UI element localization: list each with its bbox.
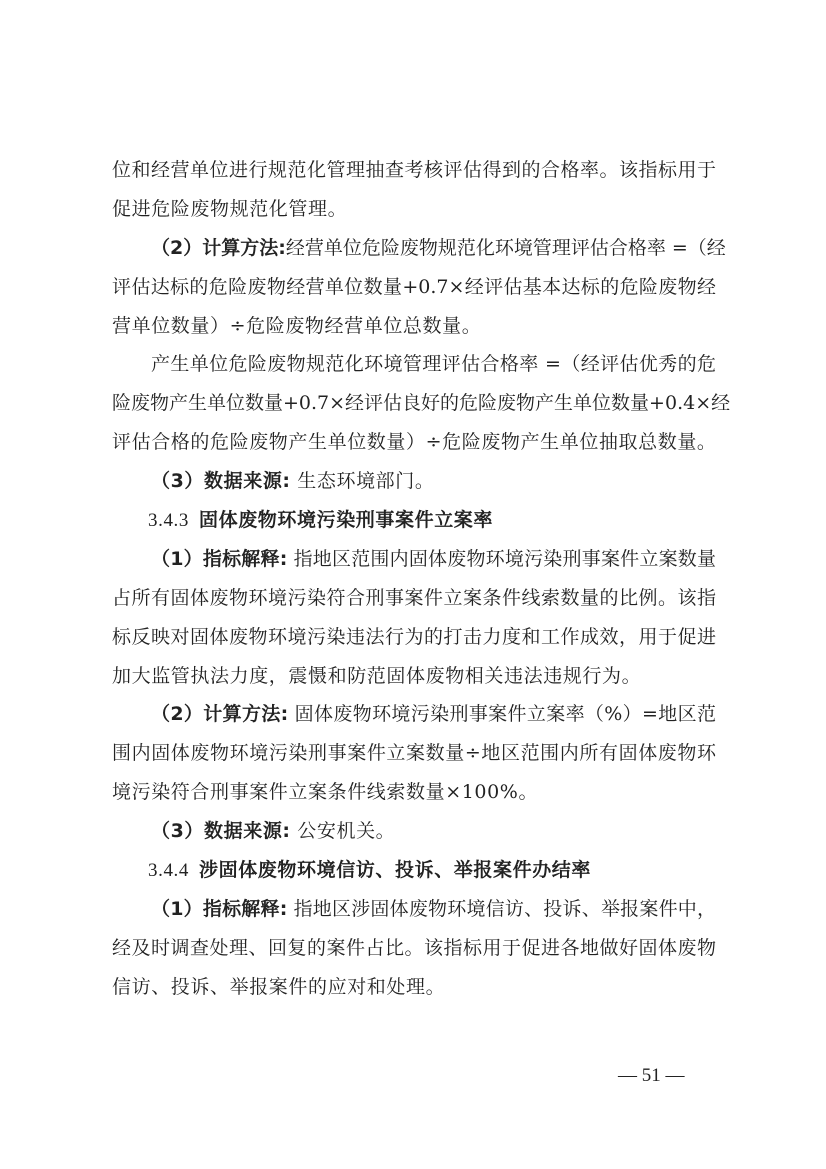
data-source-line: （3）数据来源: 生态环境部门。 xyxy=(112,462,716,501)
calculation-method-label: （2）计算方法: xyxy=(151,703,288,725)
line-text: 经及时调查处理、回复的案件占比。该指标用于促进各地做好固体废物 xyxy=(112,937,716,959)
line-text: 经营单位危险废物规范化环境管理评估合格率 =（经 xyxy=(286,237,726,259)
indicator-explanation-label: （1）指标解释: xyxy=(151,548,287,570)
paragraph-line: 信访、投诉、举报案件的应对和处理。 xyxy=(112,968,716,1007)
paragraph-line: 险废物产生单位数量+0.7×经评估良好的危险废物产生单位数量+0.4×经 xyxy=(112,384,716,423)
line-text: 营单位数量）÷危险废物经营单位总数量。 xyxy=(112,315,481,337)
paragraph-line: 产生单位危险废物规范化环境管理评估合格率 =（经评估优秀的危 xyxy=(112,345,716,384)
calculation-method-heading-line: （2）计算方法: 固体废物环境污染刑事案件立案率（%）=地区范 xyxy=(112,695,716,734)
paragraph-line: 经及时调查处理、回复的案件占比。该指标用于促进各地做好固体废物 xyxy=(112,929,716,968)
line-text: 标反映对固体废物环境污染违法行为的打击力度和工作成效，用于促进 xyxy=(112,626,716,648)
calculation-method-heading-line: （2）计算方法:经营单位危险废物规范化环境管理评估合格率 =（经 xyxy=(112,229,716,268)
paragraph-line: 加大监管执法力度，震慑和防范固体废物相关违法违规行为。 xyxy=(112,657,716,696)
line-text: 公安机关。 xyxy=(291,820,396,842)
section-title: 涉固体废物环境信访、投诉、举报案件办结率 xyxy=(199,859,591,881)
page-number: — 51 — xyxy=(618,1062,685,1090)
line-text: 评估达标的危险废物经营单位数量+0.7×经评估基本达标的危险废物经 xyxy=(112,276,716,298)
paragraph-line: 评估达标的危险废物经营单位数量+0.7×经评估基本达标的危险废物经 xyxy=(112,268,716,307)
line-text: 产生单位危险废物规范化环境管理评估合格率 =（经评估优秀的危 xyxy=(151,353,716,375)
section-heading-3-4-3: 3.4.3固体废物环境污染刑事案件立案率 xyxy=(112,501,716,540)
paragraph-line: 占所有固体废物环境污染符合刑事案件立案条件线索数量的比例。该指 xyxy=(112,579,716,618)
line-text: 指地区范围内固体废物环境污染刑事案件立案数量 xyxy=(287,548,716,570)
data-source-line: （3）数据来源: 公安机关。 xyxy=(112,812,716,851)
paragraph-line: 营单位数量）÷危险废物经营单位总数量。 xyxy=(112,307,716,346)
section-number: 3.4.4 xyxy=(148,860,189,881)
line-text: 境污染符合刑事案件立案条件线索数量×100%。 xyxy=(112,781,538,803)
paragraph-line: 境污染符合刑事案件立案条件线索数量×100%。 xyxy=(112,773,716,812)
paragraph-line: 位和经营单位进行规范化管理抽查考核评估得到的合格率。该指标用于 xyxy=(112,151,716,190)
line-text: 围内固体废物环境污染刑事案件立案数量÷地区范围内所有固体废物环 xyxy=(112,742,716,764)
indicator-explanation-line: （1）指标解释: 指地区范围内固体废物环境污染刑事案件立案数量 xyxy=(112,540,716,579)
line-text: 位和经营单位进行规范化管理抽查考核评估得到的合格率。该指标用于 xyxy=(112,159,716,181)
line-text: 险废物产生单位数量+0.7×经评估良好的危险废物产生单位数量+0.4×经 xyxy=(112,392,730,414)
section-number: 3.4.3 xyxy=(148,510,189,531)
indicator-explanation-label: （1）指标解释: xyxy=(151,898,287,920)
line-text: 评估合格的危险废物产生单位数量）÷危险废物产生单位抽取总数量。 xyxy=(112,431,717,453)
paragraph-line: 标反映对固体废物环境污染违法行为的打击力度和工作成效，用于促进 xyxy=(112,618,716,657)
line-text: 加大监管执法力度，震慑和防范固体废物相关违法违规行为。 xyxy=(112,665,641,687)
data-source-label: （3）数据来源: xyxy=(151,820,291,842)
indicator-explanation-line: （1）指标解释: 指地区涉固体废物环境信访、投诉、举报案件中， xyxy=(112,890,716,929)
calculation-method-label: （2）计算方法: xyxy=(151,237,286,259)
data-source-label: （3）数据来源: xyxy=(151,470,291,492)
line-text: 占所有固体废物环境污染符合刑事案件立案条件线索数量的比例。该指 xyxy=(112,587,716,609)
line-text: 生态环境部门。 xyxy=(291,470,435,492)
section-title: 固体废物环境污染刑事案件立案率 xyxy=(199,509,493,531)
paragraph-line: 促进危险废物规范化管理。 xyxy=(112,190,716,229)
line-text: 指地区涉固体废物环境信访、投诉、举报案件中， xyxy=(287,898,716,920)
paragraph-line: 评估合格的危险废物产生单位数量）÷危险废物产生单位抽取总数量。 xyxy=(112,423,716,462)
document-body: 位和经营单位进行规范化管理抽查考核评估得到的合格率。该指标用于 促进危险废物规范… xyxy=(112,151,716,1007)
line-text: 促进危险废物规范化管理。 xyxy=(112,198,347,220)
line-text: 信访、投诉、举报案件的应对和处理。 xyxy=(112,976,445,998)
paragraph-line: 围内固体废物环境污染刑事案件立案数量÷地区范围内所有固体废物环 xyxy=(112,734,716,773)
section-heading-3-4-4: 3.4.4涉固体废物环境信访、投诉、举报案件办结率 xyxy=(112,851,716,890)
line-text: 固体废物环境污染刑事案件立案率（%）=地区范 xyxy=(288,703,716,725)
